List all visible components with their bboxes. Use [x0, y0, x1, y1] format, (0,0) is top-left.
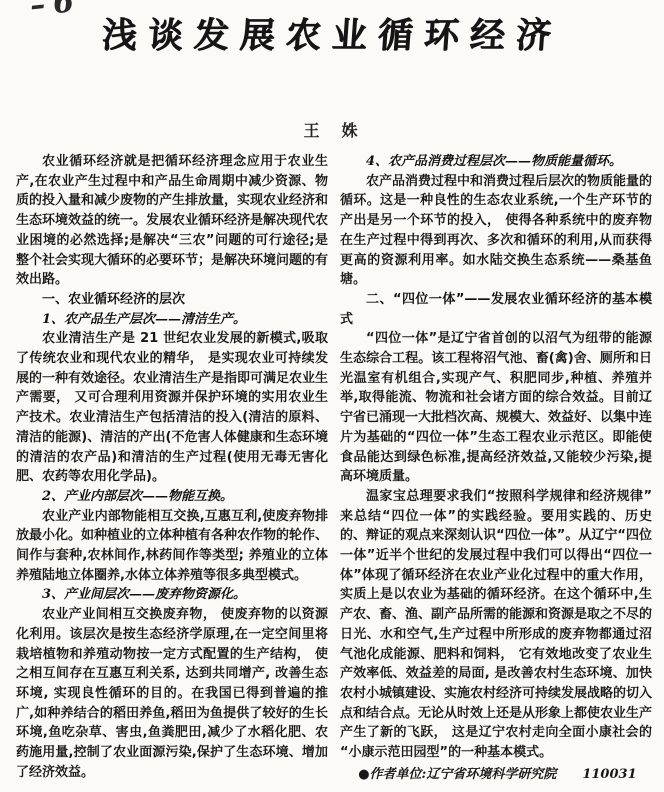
bullet-icon: ● — [358, 767, 369, 782]
affiliation-text: ●作者单位:辽宁省环境科学研究院 — [358, 765, 556, 785]
document-page: –6 浅谈发展农业循环经济 王 姝 农业循环经济就是把循环经济理念应用于农业生产… — [0, 0, 664, 792]
article-body: 农业循环经济就是把循环经济理念应用于农业生产,在农业产生过程中和产品生命周期中减… — [16, 152, 652, 792]
section-heading: 一、农业循环经济的层次 — [16, 290, 328, 310]
subsection-heading: 1、农产品生产层次——清洁生产。 — [16, 310, 328, 330]
body-paragraph: 农业产业内部物能相互交换,互惠互利,使废弃物排放最小化。如种植业的立体种植有各种… — [16, 507, 328, 586]
subsection-heading: 3、产业间层次——废弃物资源化。 — [16, 585, 328, 605]
article-title: 浅谈发展农业循环经济 — [0, 8, 664, 58]
left-column: 农业循环经济就是把循环经济理念应用于农业生产,在农业产生过程中和产品生命周期中减… — [16, 152, 328, 792]
postcode: 110031 — [582, 765, 636, 785]
subsection-heading: 4、农产品消费过程层次——物质能量循环。 — [340, 152, 652, 172]
body-paragraph: 温家宝总理要求我们“按照科学规律和经济规律”来总结“四位一体”的实践经验。要用实… — [340, 487, 652, 763]
subsection-heading: 2、产业内部层次——物能互换。 — [16, 487, 328, 507]
article-author: 王 姝 — [0, 118, 664, 141]
body-paragraph: 农业循环经济就是把循环经济理念应用于农业生产,在农业产生过程中和产品生命周期中减… — [16, 152, 328, 290]
body-paragraph: 农业清洁生产是 21 世纪农业发展的新模式,吸取了传统农业和现代农业的精华， 是… — [16, 329, 328, 487]
body-paragraph: 农业产业间相互交换废弃物， 使废弃物的以资源化利用。该层次是按生态经济学原理,在… — [16, 605, 328, 782]
section-heading: 二、“四位一体”——发展农业循环经济的基本模式 — [340, 290, 652, 329]
affiliation-label: 作者单位:辽宁省环境科学研究院 — [370, 767, 557, 782]
right-column: 4、农产品消费过程层次——物质能量循环。 农产品消费过程中和消费过程后层次的物质… — [340, 152, 652, 792]
body-paragraph: “四位一体”是辽宁省首创的以沼气为纽带的能源生态综合工程。该工程将沼气池、畜(禽… — [340, 329, 652, 487]
body-paragraph: 农产品消费过程中和消费过程后层次的物质能量的循环。这是一种良性的生态农业系统,一… — [340, 172, 652, 290]
author-affiliation-note: ●作者单位:辽宁省环境科学研究院 110031 — [340, 765, 652, 785]
